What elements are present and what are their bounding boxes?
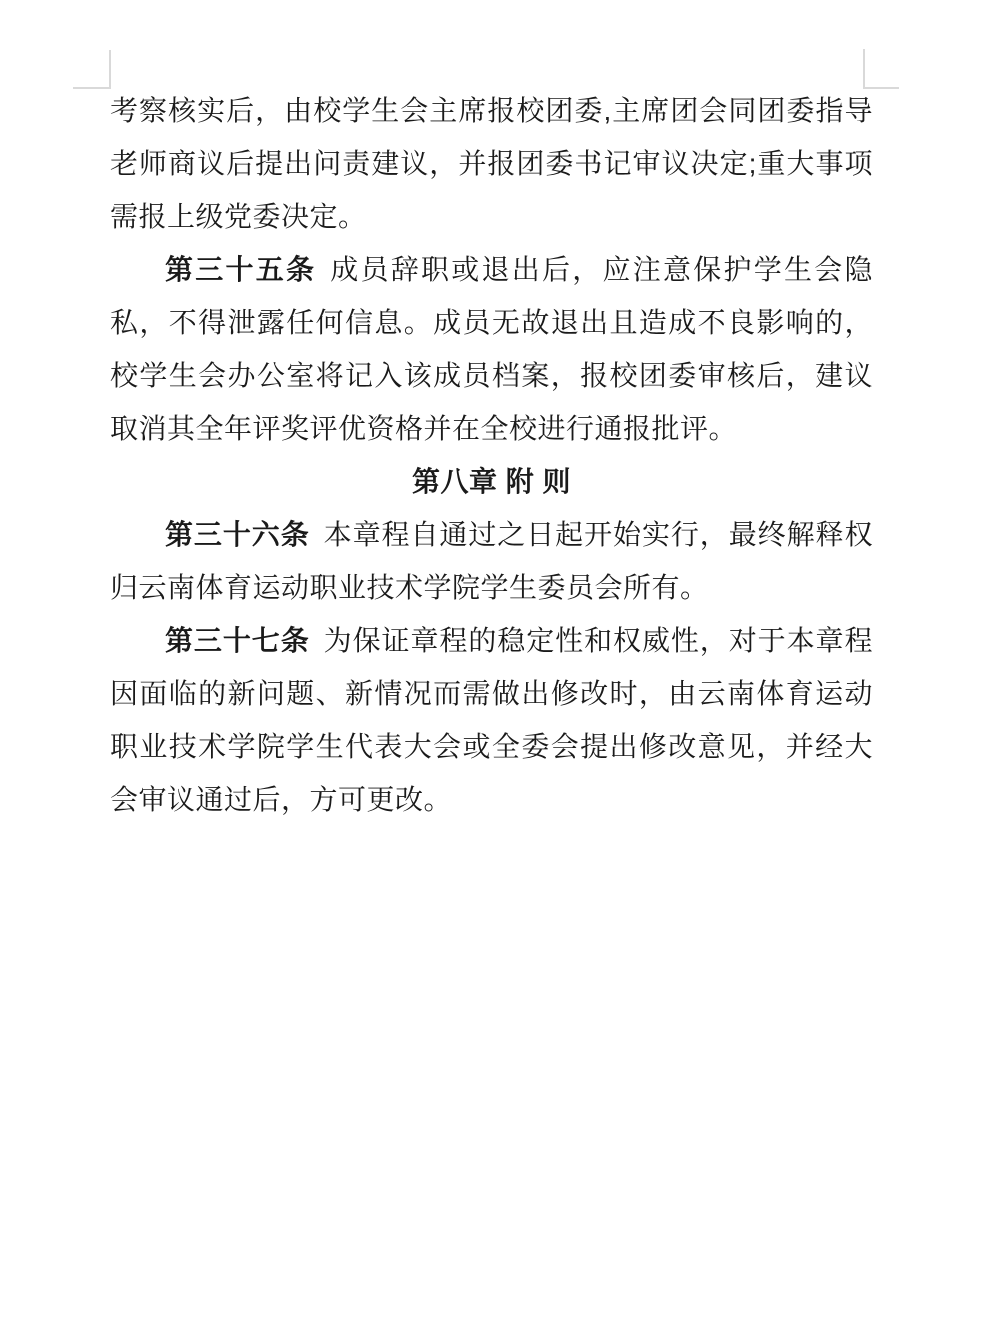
paragraph-article-37: 第三十七条为保证章程的稳定性和权威性，对于本章程因面临的新问题、新情况而需做出修… bbox=[110, 614, 873, 826]
document-page: 考察核实后，由校学生会主席报校团委,主席团会同团委指导老师商议后提出问责建议，并… bbox=[0, 0, 993, 1329]
chapter-heading: 第八章 附 则 bbox=[110, 455, 873, 508]
paragraph-continuation: 考察核实后，由校学生会主席报校团委,主席团会同团委指导老师商议后提出问责建议，并… bbox=[110, 84, 873, 243]
text-boundary-mark-top-left bbox=[73, 50, 111, 89]
paragraph-text: 考察核实后，由校学生会主席报校团委,主席团会同团委指导老师商议后提出问责建议，并… bbox=[110, 95, 873, 232]
article-number: 第三十五条 bbox=[165, 254, 316, 285]
paragraph-article-35: 第三十五条成员辞职或退出后，应注意保护学生会隐私，不得泄露任何信息。成员无故退出… bbox=[110, 243, 873, 455]
document-body: 考察核实后，由校学生会主席报校团委,主席团会同团委指导老师商议后提出问责建议，并… bbox=[110, 84, 873, 826]
paragraph-article-36: 第三十六条本章程自通过之日起开始实行，最终解释权归云南体育运动职业技术学院学生委… bbox=[110, 508, 873, 614]
text-boundary-mark-top-right bbox=[863, 49, 899, 89]
article-number: 第三十七条 bbox=[165, 625, 310, 656]
article-number: 第三十六条 bbox=[165, 519, 310, 550]
